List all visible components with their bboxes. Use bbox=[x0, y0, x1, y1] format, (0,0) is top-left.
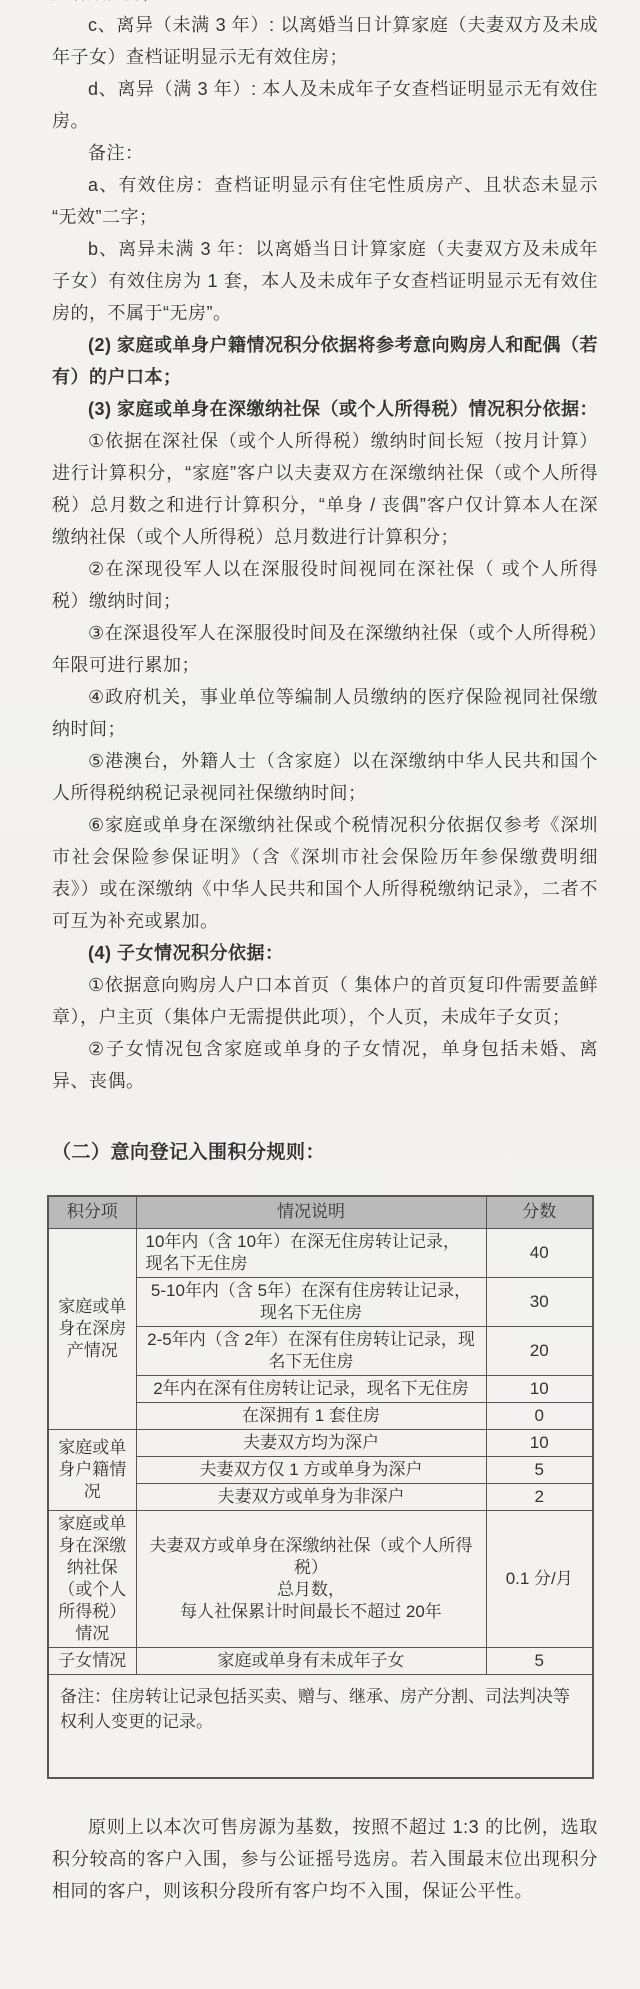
document-page: 无有效住房； c、离异（未满 3 年）: 以离婚当日计算家庭（夫妻双方及未成年子… bbox=[0, 0, 640, 1989]
section-heading: （二）意向登记入围积分规则： bbox=[52, 1137, 598, 1169]
table-row: 家庭或单身户籍情况 夫妻双方均为深户 10 bbox=[48, 1429, 593, 1456]
score-cell: 0.1 分/月 bbox=[486, 1510, 593, 1647]
desc-cell: 家庭或单身有未成年子女 bbox=[136, 1647, 486, 1674]
category-cell-hukou: 家庭或单身户籍情况 bbox=[48, 1429, 136, 1510]
paragraph-clause-3-item-6: ⑥家庭或单身在深缴纳社保或个税情况积分依据仅参考《深圳市社会保险参保证明》（含《… bbox=[52, 809, 598, 937]
column-header-item: 积分项 bbox=[48, 1196, 136, 1228]
score-cell: 10 bbox=[486, 1375, 593, 1402]
paragraph-clause-4-item-2: ②子女情况包含家庭或单身的子女情况，单身包括未婚、离异、丧偶。 bbox=[52, 1033, 598, 1097]
score-cell: 10 bbox=[486, 1429, 593, 1456]
paragraph-clause-3-item-2: ②在深现役军人以在深服役时间视同在深社保（ 或个人所得税）缴纳时间； bbox=[52, 553, 598, 617]
table-note: 备注：住房转让记录包括买卖、赠与、继承、房产分割、司法判决等权利人变更的记录。 bbox=[48, 1674, 593, 1778]
paragraph-clause-3-item-4: ④政府机关，事业单位等编制人员缴纳的医疗保险视同社保缴纳时间； bbox=[52, 681, 598, 745]
paragraph-note-label: 备注： bbox=[52, 137, 598, 169]
table-note-row: 备注：住房转让记录包括买卖、赠与、继承、房产分割、司法判决等权利人变更的记录。 bbox=[48, 1674, 593, 1778]
paragraph-item-c: c、离异（未满 3 年）: 以离婚当日计算家庭（夫妻双方及未成年子女）查档证明显… bbox=[52, 9, 598, 73]
desc-cell: 夫妻双方或单身为非深户 bbox=[136, 1483, 486, 1510]
score-cell: 40 bbox=[486, 1228, 593, 1277]
clipped-top-line: 无有效住房； bbox=[52, 0, 598, 9]
clipped-text: 无有效住房； bbox=[52, 0, 598, 9]
desc-cell: 2-5年内（含 2年）在深有住房转让记录，现名下无住房 bbox=[136, 1326, 486, 1375]
table-row: 家庭或单身在深缴纳社保（或个人所得税）情况 夫妻双方或单身在深缴纳社保（或个人所… bbox=[48, 1510, 593, 1647]
desc-cell: 2年内在深有住房转让记录，现名下无住房 bbox=[136, 1375, 486, 1402]
paragraph-clause-3: (3) 家庭或单身在深缴纳社保（或个人所得税）情况积分依据： bbox=[52, 393, 598, 425]
desc-cell: 夫妻双方均为深户 bbox=[136, 1429, 486, 1456]
desc-cell: 夫妻双方仅 1 方或单身为深户 bbox=[136, 1456, 486, 1483]
score-rules-table: 积分项 情况说明 分数 家庭或单身在深房产情况 10年内（含 10年）在深无住房… bbox=[47, 1195, 594, 1779]
desc-cell: 10年内（含 10年）在深无住房转让记录，现名下无住房 bbox=[136, 1228, 486, 1277]
desc-cell: 5-10年内（含 5年）在深有住房转让记录，现名下无住房 bbox=[136, 1277, 486, 1326]
desc-cell: 在深拥有 1 套住房 bbox=[136, 1402, 486, 1429]
score-cell: 20 bbox=[486, 1326, 593, 1375]
paragraph-clause-3-item-3: ③在深退役军人在深服役时间及在深缴纳社保（或个人所得税）年限可进行累加； bbox=[52, 617, 598, 681]
column-header-description: 情况说明 bbox=[136, 1196, 486, 1228]
score-cell: 30 bbox=[486, 1277, 593, 1326]
closing-paragraph: 原则上以本次可售房源为基数，按照不超过 1:3 的比例，选取积分较高的客户入围，… bbox=[52, 1811, 598, 1907]
score-cell: 2 bbox=[486, 1483, 593, 1510]
category-cell-children: 子女情况 bbox=[48, 1647, 136, 1674]
category-cell-social-security: 家庭或单身在深缴纳社保（或个人所得税）情况 bbox=[48, 1510, 136, 1647]
paragraph-clause-4: (4) 子女情况积分依据： bbox=[52, 937, 598, 969]
column-header-score: 分数 bbox=[486, 1196, 593, 1228]
table-header-row: 积分项 情况说明 分数 bbox=[48, 1196, 593, 1228]
score-cell: 0 bbox=[486, 1402, 593, 1429]
paragraph-clause-4-item-1: ①依据意向购房人户口本首页（ 集体户的首页复印件需要盖鲜章），户主页（集体户无需… bbox=[52, 969, 598, 1033]
paragraph-clause-3-item-5: ⑤港澳台，外籍人士（含家庭）以在深缴纳中华人民共和国个人所得税纳税记录视同社保缴… bbox=[52, 745, 598, 809]
paragraph-note-a: a、有效住房：查档证明显示有住宅性质房产、且状态未显示“无效”二字； bbox=[52, 169, 598, 233]
score-cell: 5 bbox=[486, 1647, 593, 1674]
score-cell: 5 bbox=[486, 1456, 593, 1483]
table-row: 家庭或单身在深房产情况 10年内（含 10年）在深无住房转让记录，现名下无住房 … bbox=[48, 1228, 593, 1277]
desc-cell: 夫妻双方或单身在深缴纳社保（或个人所得税） 总月数， 每人社保累计时间最长不超过… bbox=[136, 1510, 486, 1647]
category-cell-property: 家庭或单身在深房产情况 bbox=[48, 1228, 136, 1429]
paragraph-item-d: d、离异（满 3 年）: 本人及未成年子女查档证明显示无有效住房。 bbox=[52, 73, 598, 137]
paragraph-clause-2: (2) 家庭或单身户籍情况积分依据将参考意向购房人和配偶（若有）的户口本； bbox=[52, 329, 598, 393]
table-row: 子女情况 家庭或单身有未成年子女 5 bbox=[48, 1647, 593, 1674]
paragraph-clause-3-item-1: ①依据在深社保（或个人所得税）缴纳时间长短（按月计算）进行计算积分，“家庭”客户… bbox=[52, 425, 598, 553]
paragraph-note-b: b、离异未满 3 年：以离婚当日计算家庭（夫妻双方及未成年子女）有效住房为 1 … bbox=[52, 233, 598, 329]
